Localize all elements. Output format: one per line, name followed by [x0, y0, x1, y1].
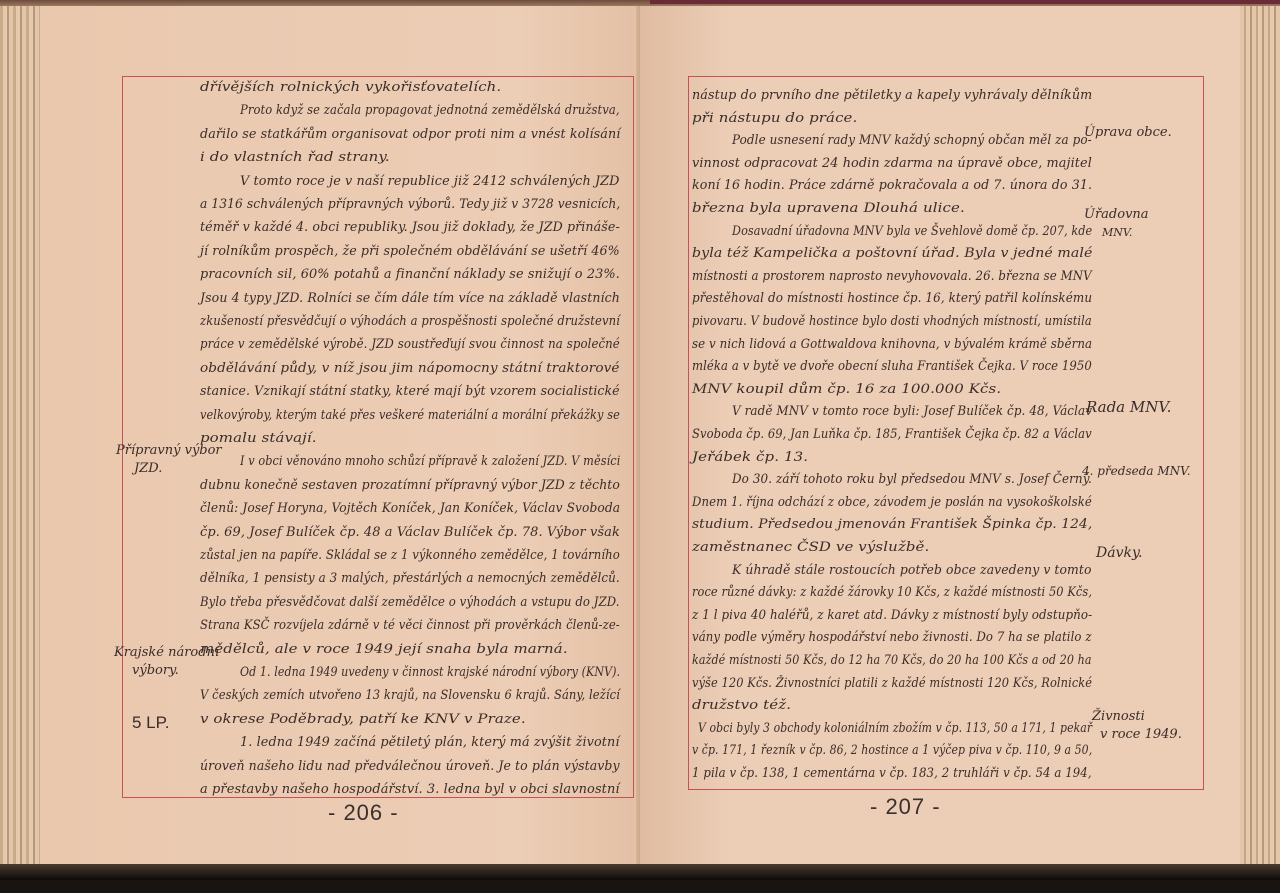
text-line: čp. 69, Josef Bulíček čp. 48 a Václav Bu…: [200, 525, 620, 540]
page-stack-right: [1240, 6, 1280, 876]
margin-note-line: Přípravný výbor: [116, 442, 222, 460]
text-line: V českých zemích utvořeno 13 krajů, na S…: [200, 688, 620, 703]
text-line: i do vlastních řad strany.: [200, 150, 390, 165]
text-line: vány podle výměry hospodářství nebo živn…: [692, 630, 1092, 645]
text-line: V radě MNV v tomto roce byli: Josef Bulí…: [732, 404, 1092, 419]
left-page: dřívějších rolnických vykořisťovatelích.…: [40, 6, 640, 876]
text-line: dřívějších rolnických vykořisťovatelích.: [200, 80, 501, 95]
text-line: pracovních sil, 60% potahů a finanční ná…: [200, 267, 620, 282]
text-line: Jeřábek čp. 13.: [692, 450, 808, 465]
text-line: V tomto roce je v naší republice již 241…: [240, 174, 620, 189]
text-line: koní 16 hodin. Práce zdárně pokračovala …: [692, 178, 1092, 193]
text-line: Jsou 4 typy JZD. Rolníci se čím dále tím…: [200, 291, 620, 306]
right-page: nástup do prvního dne pětiletky a kapely…: [640, 6, 1240, 876]
text-line: Proto když se začala propagovat jednotná…: [240, 103, 620, 118]
text-line: členů: Josef Horyna, Vojtěch Koníček, Ja…: [200, 501, 620, 516]
text-line: a 1316 schválených přípravných výborů. T…: [200, 197, 620, 212]
text-line: 1. ledna 1949 začíná pětiletý plán, kter…: [240, 735, 620, 750]
open-book: dřívějších rolnických vykořisťovatelích.…: [0, 0, 1280, 880]
text-line: dubnu konečně sestaven prozatímní přípra…: [200, 478, 620, 493]
text-line: vinnost odpracovat 24 hodin zdarma na úp…: [692, 156, 1092, 171]
book-bottom-edge: [0, 864, 1280, 880]
text-line: dařilo se statkářům organisovat odpor pr…: [200, 127, 620, 142]
margin-note-line: Krajské národní: [114, 644, 219, 662]
text-line: Dnem 1. října odchází z obce, závodem je…: [692, 495, 1092, 510]
text-line: Do 30. září tohoto roku byl předsedou MN…: [732, 472, 1092, 487]
text-line: zaměstnanec ČSD ve výslužbě.: [692, 540, 929, 555]
text-line: mléka a v bytě ve dvoře obecní sluha Fra…: [692, 359, 1092, 374]
page-number-207: - 207 -: [870, 794, 941, 820]
text-line: výše 120 Kčs. Živnostníci platili z každ…: [692, 676, 1092, 691]
text-line: MNV koupil dům čp. 16 za 100.000 Kčs.: [692, 382, 1001, 397]
text-line: studium. Předsedou jmenován František Šp…: [692, 517, 1092, 532]
text-line: v okrese Poděbrady, patří ke KNV v Praze…: [200, 712, 526, 727]
text-line: Strana KSČ rozvíjela zdárně v té věci či…: [200, 618, 620, 633]
margin-note-line: Dávky.: [1096, 544, 1142, 562]
text-line: Od 1. ledna 1949 uvedeny v činnost krajs…: [240, 665, 620, 680]
margin-note-davky: Dávky.: [1096, 544, 1142, 562]
text-line: Bylo třeba přesvědčovat další zemědělce …: [200, 595, 620, 610]
text-line: práce v zemědělské výrobě. JZD soustřeďu…: [200, 337, 620, 352]
text-line: zkušeností přesvědčují o výhodách a pros…: [200, 314, 620, 329]
text-line: obdělávání půdy, v níž jsou jim nápomocn…: [200, 361, 620, 376]
margin-note-line: 4. předseda MNV.: [1082, 462, 1191, 480]
margin-note-line: JZD.: [116, 460, 222, 478]
text-line: místnosti a prostorem naprosto nevyhovov…: [692, 269, 1092, 284]
text-line: K úhradě stále rostoucích potřeb obce za…: [732, 563, 1092, 578]
margin-note-uprava-obce: Úprava obce.: [1084, 124, 1172, 142]
text-line: se v nich lidová a Gottwaldova knihovna,…: [692, 337, 1092, 352]
text-line: Svoboda čp. 69, Jan Luňka čp. 185, Frant…: [692, 427, 1092, 442]
text-line: jí rolníkům prospěch, že při společném o…: [200, 244, 620, 259]
margin-note-line: výbory.: [114, 662, 219, 680]
text-line: a přestavby našeho hospodářství. 3. ledn…: [200, 782, 620, 797]
text-line: při nástupu do práce.: [692, 111, 857, 126]
text-line: přestěhoval do místnosti hostince čp. 16…: [692, 291, 1092, 306]
margin-note-5lp: 5 LP.: [132, 714, 170, 732]
text-line: 1 pila v čp. 138, 1 cementárna v čp. 183…: [692, 766, 1092, 781]
page-stack-left: [0, 6, 40, 876]
text-line: stanice. Vznikají státní statky, které m…: [200, 384, 620, 399]
text-line: března byla upravena Dlouhá ulice.: [692, 201, 965, 216]
text-line: téměř v každé 4. obci republiky. Jsou ji…: [200, 220, 620, 235]
text-line: mědělců, ale v roce 1949 její snaha byla…: [200, 642, 568, 657]
text-line: zůstal jen na papíře. Skládal se z 1 výk…: [200, 548, 620, 563]
text-line: Dosavadní úřadovna MNV byla ve Švehlově …: [732, 224, 1092, 239]
text-line: v čp. 171, 1 řezník v čp. 86, 2 hostince…: [692, 743, 1092, 758]
text-line: každé místnosti 50 Kčs, do 12 ha 70 Kčs,…: [692, 653, 1092, 668]
page-number-206: - 206 -: [328, 800, 399, 826]
margin-note-line: Živnosti: [1092, 708, 1182, 726]
text-line: V obci byly 3 obchody koloniálním zbožím…: [698, 721, 1092, 736]
margin-note-line: Úprava obce.: [1084, 124, 1172, 142]
text-line: I v obci věnováno mnoho schůzí přípravě …: [240, 454, 620, 469]
margin-note-krajske-vybory: Krajské národní výbory.: [114, 644, 219, 680]
text-line: dělníka, 1 pensisty a 3 malých, přestárl…: [200, 571, 620, 586]
text-line: Podle usnesení rady MNV každý schopný ob…: [732, 133, 1092, 148]
text-line: byla též Kampelička a poštovní úřad. Byl…: [692, 246, 1092, 261]
margin-note-zivnosti: Živnosti v roce 1949.: [1092, 708, 1182, 744]
margin-note-line: MNV.: [1084, 224, 1149, 242]
margin-note-line: Rada MNV.: [1086, 398, 1171, 416]
text-line: roce různé dávky: z každé žárovky 10 Kčs…: [692, 585, 1092, 600]
text-line: pivovaru. V budově hostince bylo dosti v…: [692, 314, 1092, 329]
margin-note-predseda: 4. předseda MNV.: [1082, 462, 1191, 480]
margin-note-line: 5 LP.: [132, 714, 170, 732]
margin-note-uradovna: Úřadovna MNV.: [1084, 206, 1149, 242]
text-line: úroveň našeho lidu nad předválečnou úrov…: [200, 759, 620, 774]
text-line: družstvo též.: [692, 698, 791, 713]
margin-note-line: v roce 1949.: [1092, 726, 1182, 744]
margin-note-rada-mnv: Rada MNV.: [1086, 398, 1171, 416]
text-line: nástup do prvního dne pětiletky a kapely…: [692, 88, 1092, 103]
margin-note-pripravny-vybor: Přípravný výbor JZD.: [116, 442, 222, 478]
text-line: velkovýroby, kterým také přes veškeré ma…: [200, 408, 620, 423]
margin-note-line: Úřadovna: [1084, 206, 1149, 224]
text-line: z 1 l piva 40 haléřů, z karet atd. Dávky…: [692, 608, 1092, 623]
